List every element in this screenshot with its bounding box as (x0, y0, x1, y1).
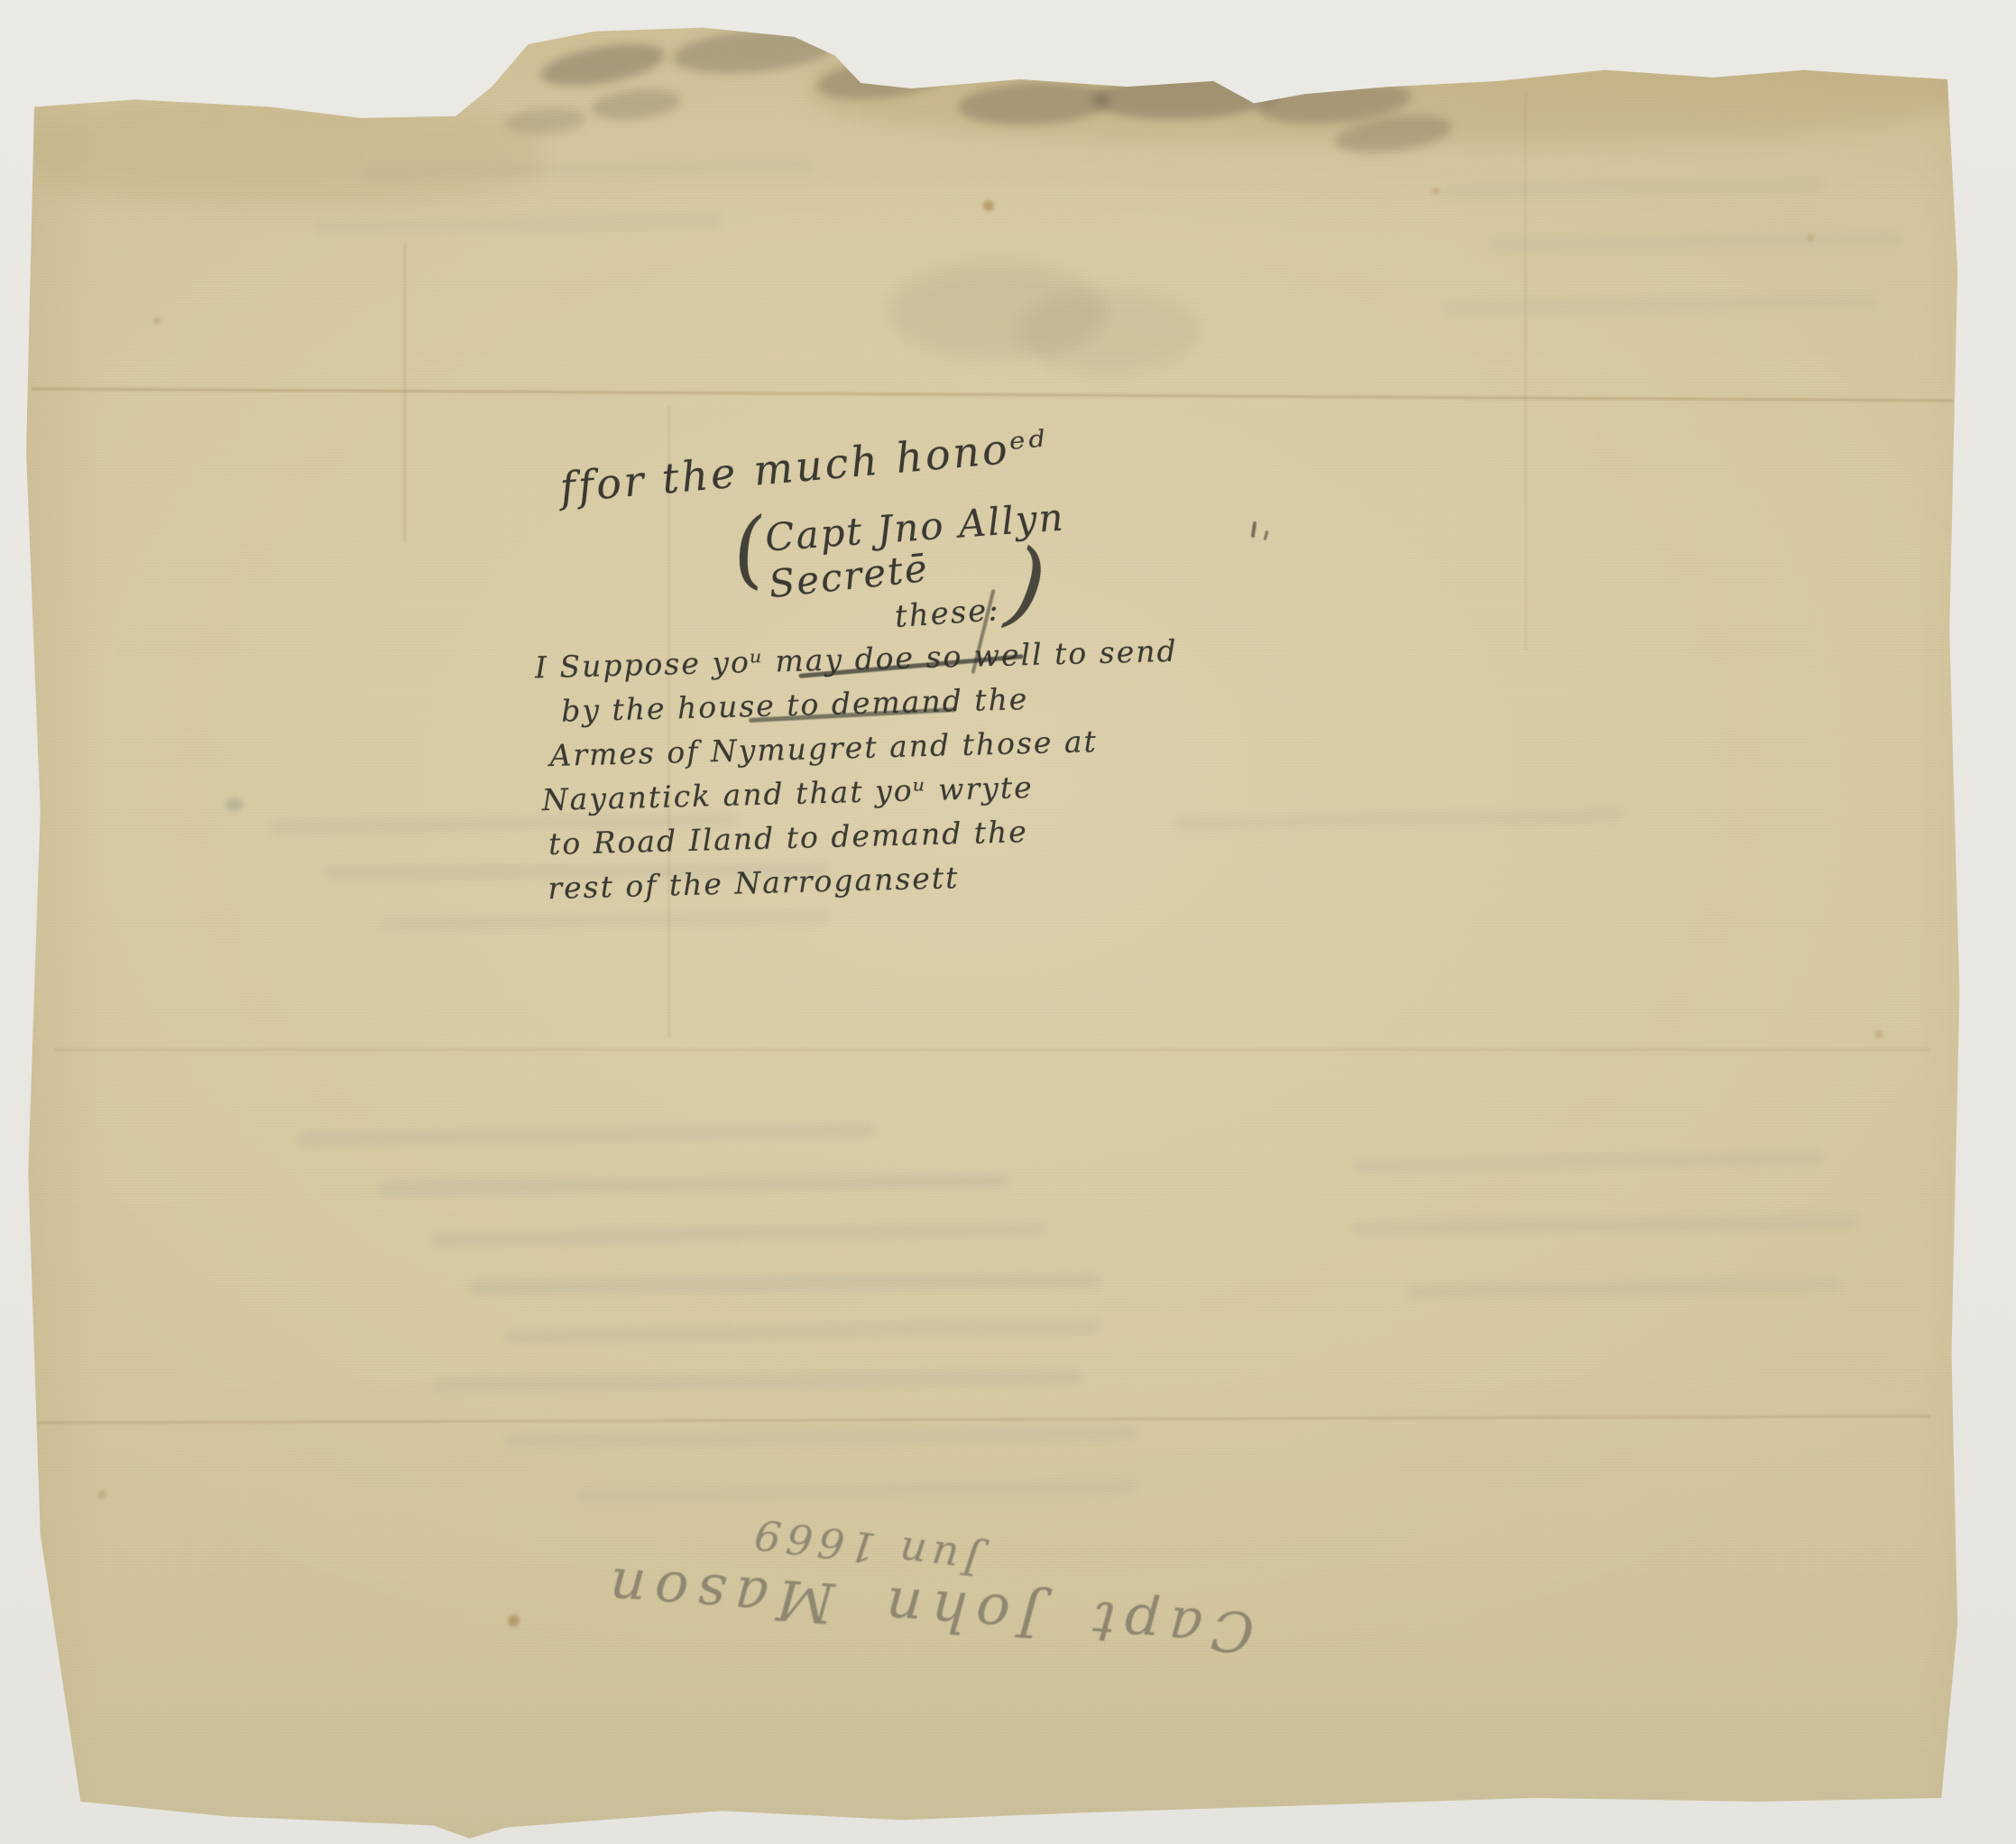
fold-crease-vertical (1524, 90, 1527, 650)
manuscript-paper: ffor the much honoᵉᵈ ( Capt Jno Allyn Se… (0, 0, 2016, 1844)
foxing-spot (153, 318, 160, 324)
gray-smudge-spot (226, 798, 244, 812)
ink-smudge (1019, 289, 1200, 374)
top-edge-stain (36, 99, 541, 207)
foxing-spot (508, 1615, 520, 1627)
fold-crease-horizontal (54, 1048, 1930, 1051)
fold-crease-vertical (403, 244, 406, 541)
scan-background: ffor the much honoᵉᵈ ( Capt Jno Allyn Se… (0, 0, 2016, 1844)
foxing-spot (1432, 188, 1440, 195)
foxing-spot (97, 1490, 106, 1499)
foxing-spot (1874, 1030, 1883, 1038)
foxing-spot (983, 200, 994, 211)
foxing-spot (1808, 235, 1814, 241)
